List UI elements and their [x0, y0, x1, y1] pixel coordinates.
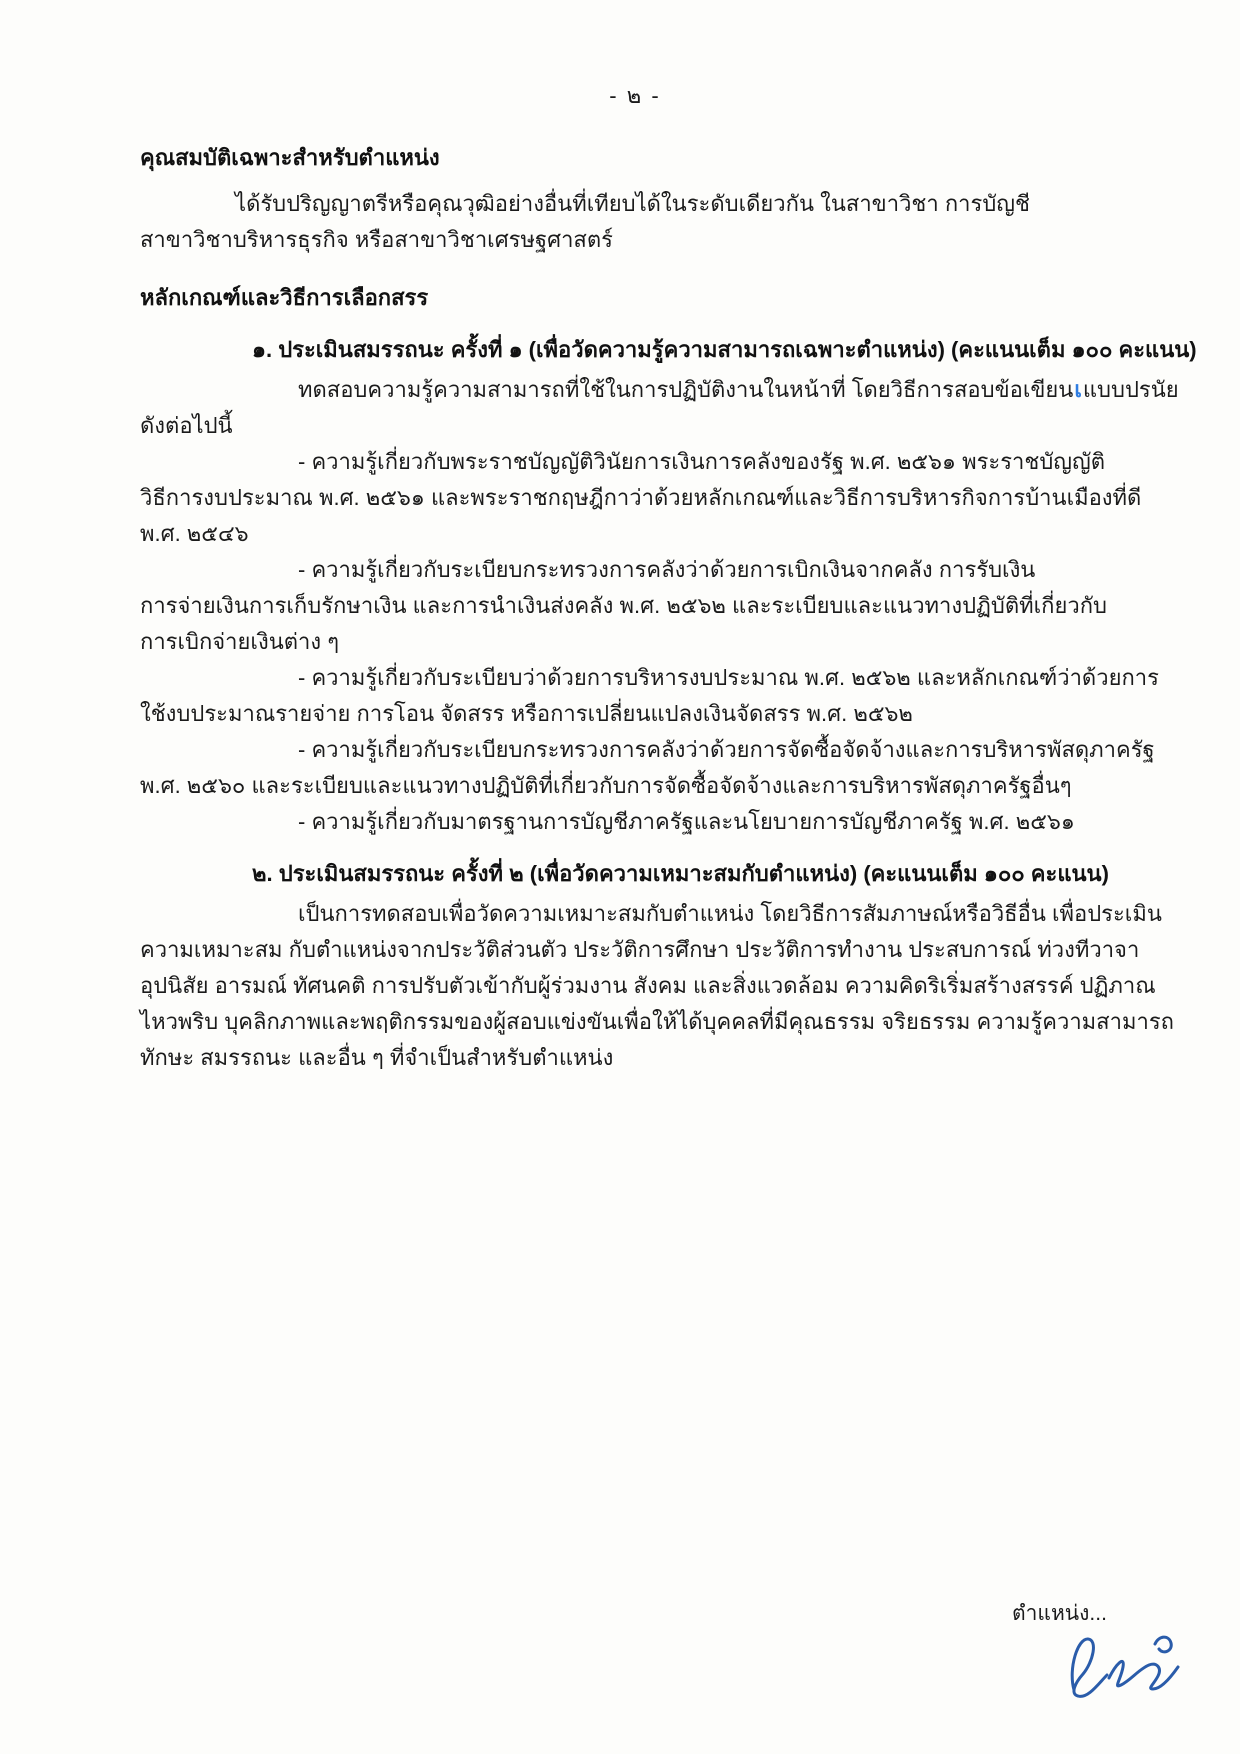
bullet-line: - ความรู้เกี่ยวกับพระราชบัญญัติวินัยการเ…: [298, 444, 1130, 480]
item1-heading: ๑. ประเมินสมรรถนะ ครั้งที่ ๑ (เพื่อวัดคว…: [252, 332, 1130, 368]
blue-scan-artifact: เ: [1073, 377, 1083, 402]
handwritten-signature-ink: [1058, 1626, 1190, 1710]
qualifications-line: สาขาวิชาบริหารธุรกิจ หรือสาขาวิชาเศรษฐศา…: [140, 222, 1130, 258]
item2-heading: ๒. ประเมินสมรรถนะ ครั้งที่ ๒ (เพื่อวัดคว…: [252, 856, 1130, 892]
page-number: - ๒ -: [140, 78, 1130, 114]
item1-intro-line: ดังต่อไปนี้: [140, 408, 1130, 444]
section-heading-criteria: หลักเกณฑ์และวิธีการเลือกสรร: [140, 280, 1130, 316]
bullet-line: พ.ศ. ๒๕๔๖: [140, 516, 1130, 552]
item2-paragraph-line: ทักษะ สมรรถนะ และอื่น ๆ ที่จำเป็นสำหรับต…: [140, 1040, 1130, 1076]
section-heading-qualifications: คุณสมบัติเฉพาะสำหรับตำแหน่ง: [140, 140, 1130, 176]
item2-paragraph-line: ความเหมาะสม กับตำแหน่งจากประวัติส่วนตัว …: [140, 932, 1130, 968]
item1-intro-line: ทดสอบความรู้ความสามารถที่ใช้ในการปฏิบัติ…: [298, 372, 1130, 408]
footer: ตำแหน่ง...: [1012, 1596, 1212, 1710]
item2-paragraph-line: อุปนิสัย อารมณ์ ทัศนคติ การปรับตัวเข้ากั…: [140, 968, 1130, 1004]
bullet-line: - ความรู้เกี่ยวกับระเบียบกระทรวงการคลังว…: [298, 732, 1130, 768]
bullet-line: - ความรู้เกี่ยวกับมาตรฐานการบัญชีภาครัฐแ…: [298, 804, 1130, 840]
item1-intro-text: ทดสอบความรู้ความสามารถที่ใช้ในการปฏิบัติ…: [298, 377, 1073, 402]
bullet-line: - ความรู้เกี่ยวกับระเบียบกระทรวงการคลังว…: [298, 552, 1130, 588]
bullet-line: วิธีการงบประมาณ พ.ศ. ๒๕๖๑ และพระราชกฤษฎี…: [140, 480, 1130, 516]
bullet-line: การจ่ายเงินการเก็บรักษาเงิน และการนำเงิน…: [140, 588, 1130, 624]
qualifications-line: ได้รับปริญญาตรีหรือคุณวุฒิอย่างอื่นที่เท…: [235, 186, 1130, 222]
bullet-line: การเบิกจ่ายเงินต่าง ๆ: [140, 624, 1130, 660]
bullet-line: พ.ศ. ๒๕๖๐ และระเบียบและแนวทางปฏิบัติที่เ…: [140, 768, 1130, 804]
item2-paragraph-line: ไหวพริบ บุคลิกภาพและพฤติกรรมของผู้สอบแข่…: [140, 1004, 1130, 1040]
bullet-line: - ความรู้เกี่ยวกับระเบียบว่าด้วยการบริหา…: [298, 660, 1130, 696]
scanned-document-page: - ๒ - คุณสมบัติเฉพาะสำหรับตำแหน่ง ได้รับ…: [0, 0, 1240, 1754]
bullet-line: ใช้งบประมาณรายจ่าย การโอน จัดสรร หรือการ…: [140, 696, 1130, 732]
item1-intro-text: แบบปรนัย: [1083, 377, 1179, 402]
item2-paragraph-line: เป็นการทดสอบเพื่อวัดความเหมาะสมกับตำแหน่…: [298, 896, 1130, 932]
